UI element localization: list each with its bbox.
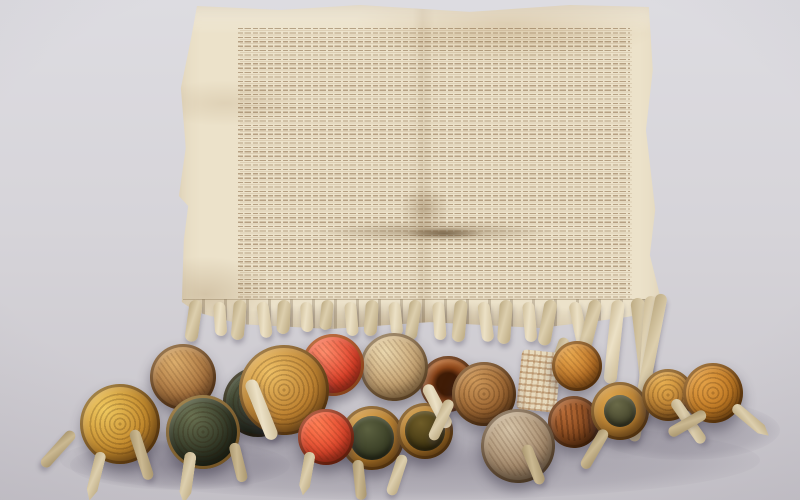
parchment-tag — [451, 299, 468, 342]
parchment-tag — [276, 300, 291, 335]
seal-orange-small — [552, 341, 602, 391]
seal-orange-small-relief — [557, 346, 598, 387]
seal-tan-castle-relief — [364, 337, 424, 397]
photo-medieval-charter: Photograph of a medieval parchment chart… — [0, 0, 800, 500]
parchment-tag — [231, 299, 247, 340]
seal-green-amber-rim-center — [350, 416, 394, 460]
parchment-tag — [497, 300, 513, 345]
seal-dark-green-left — [166, 395, 240, 469]
parchment-sheet — [176, 4, 664, 334]
parchment-tag — [432, 302, 447, 341]
parchment-tag — [300, 302, 314, 333]
manuscript-text-haze — [240, 30, 632, 302]
seal-tan-castle — [358, 331, 431, 404]
seal-rust-ribbed-relief — [553, 401, 595, 443]
seal-pale-marbled-relief — [484, 412, 553, 481]
seal-amber-green-center-center — [604, 395, 637, 428]
seal-dark-green-left-relief — [173, 402, 234, 463]
seal-gold-left-relief — [81, 385, 159, 463]
parchment-tag — [364, 300, 379, 337]
parchment-tag — [213, 302, 227, 337]
